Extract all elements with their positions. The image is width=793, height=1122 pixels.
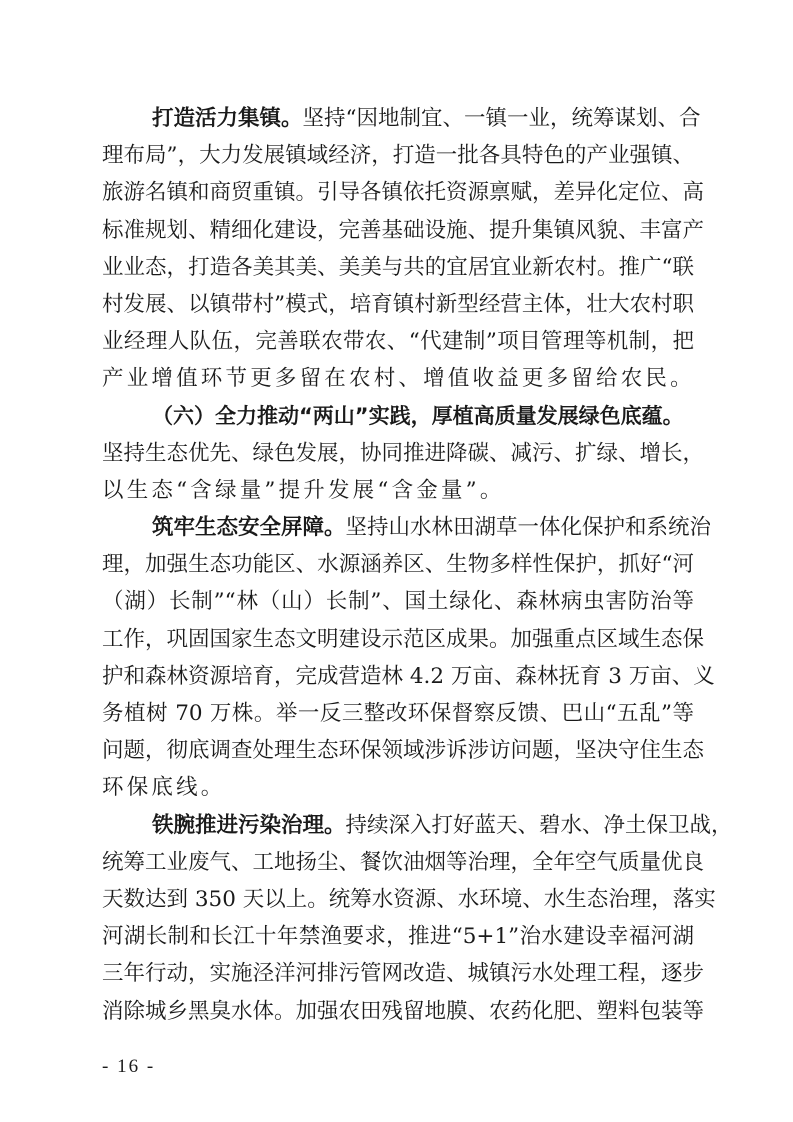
- paragraph-line: 天数达到 350 天以上。统筹水资源、水环境、水生态治理，落实: [102, 881, 694, 918]
- paragraph-line: 筑牢生态安全屏障。坚持山水林田湖草一体化保护和系统治: [102, 509, 694, 546]
- section-heading: （六）全力推动“两山”实践，厚植高质量发展绿色底蕴。: [102, 398, 694, 435]
- paragraph-line: 理，加强生态功能区、水源涵养区、生物多样性保护，抓好“河: [102, 546, 694, 583]
- paragraph-line: 标准规划、精细化建设，完善基础设施、提升集镇风貌、丰富产: [102, 212, 694, 249]
- paragraph-lead-title: 铁腕推进污染治理。: [152, 813, 346, 838]
- paragraph-line: 坚持生态优先、绿色发展，协同推进降碳、减污、扩绿、增长，: [102, 435, 694, 472]
- page-number: - 16 -: [102, 1056, 155, 1078]
- paragraph-line: 打造活力集镇。坚持“因地制宜、一镇一业，统筹谋划、合: [102, 100, 694, 137]
- paragraph-line: 以生态“含绿量”提升发展“含金量”。: [102, 472, 694, 509]
- paragraph-line: 三年行动，实施泾洋河排污管网改造、城镇污水处理工程，逐步: [102, 955, 694, 992]
- paragraph-line: 务植树 70 万株。举一反三整改环保督察反馈、巴山“五乱”等: [102, 695, 694, 732]
- paragraph-text: 坚持“因地制宜、一镇一业，统筹谋划、合: [303, 106, 701, 131]
- paragraph-line: 河湖长制和长江十年禁渔要求，推进“5+1”治水建设幸福河湖: [102, 918, 694, 955]
- paragraph-line: 护和森林资源培育，完成营造林 4.2 万亩、森林抚育 3 万亩、义: [102, 658, 694, 695]
- paragraph-line: （湖）长制”“林（山）长制”、国土绿化、森林病虫害防治等: [102, 583, 694, 620]
- paragraph-line: 村发展、以镇带村”模式，培育镇村新型经营主体，壮大农村职: [102, 286, 694, 323]
- paragraph-line: 旅游名镇和商贸重镇。引导各镇依托资源禀赋，差异化定位、高: [102, 174, 694, 211]
- paragraph-text: 持续深入打好蓝天、碧水、净土保卫战，: [346, 813, 733, 838]
- paragraph-line: 业业态，打造各美其美、美美与共的宜居宜业新农村。推广“联: [102, 249, 694, 286]
- paragraph-text: 坚持山水林田湖草一体化保护和系统治: [346, 515, 712, 540]
- paragraph-line: 环保底线。: [102, 769, 694, 806]
- paragraph-line: 工作，巩固国家生态文明建设示范区成果。加强重点区域生态保: [102, 621, 694, 658]
- paragraph-line: 问题，彻底调查处理生态环保领域涉诉涉访问题，坚决守住生态: [102, 732, 694, 769]
- paragraph-line: 理布局”，大力发展镇域经济，打造一批各具特色的产业强镇、: [102, 137, 694, 174]
- paragraph-line: 产业增值环节更多留在农村、增值收益更多留给农民。: [102, 360, 694, 397]
- paragraph-line: 业经理人队伍，完善联农带农、“代建制”项目管理等机制，把: [102, 323, 694, 360]
- paragraph-line: 铁腕推进污染治理。持续深入打好蓝天、碧水、净土保卫战，: [102, 807, 694, 844]
- document-page: 打造活力集镇。坚持“因地制宜、一镇一业，统筹谋划、合 理布局”，大力发展镇域经济…: [0, 0, 793, 1122]
- body-text: 打造活力集镇。坚持“因地制宜、一镇一业，统筹谋划、合 理布局”，大力发展镇域经济…: [102, 100, 694, 1030]
- paragraph-line: 统筹工业废气、工地扬尘、餐饮油烟等治理，全年空气质量优良: [102, 844, 694, 881]
- paragraph-lead-title: 筑牢生态安全屏障。: [152, 515, 346, 540]
- paragraph-line: 消除城乡黑臭水体。加强农田残留地膜、农药化肥、塑料包装等: [102, 993, 694, 1030]
- paragraph-lead-title: 打造活力集镇。: [152, 106, 303, 131]
